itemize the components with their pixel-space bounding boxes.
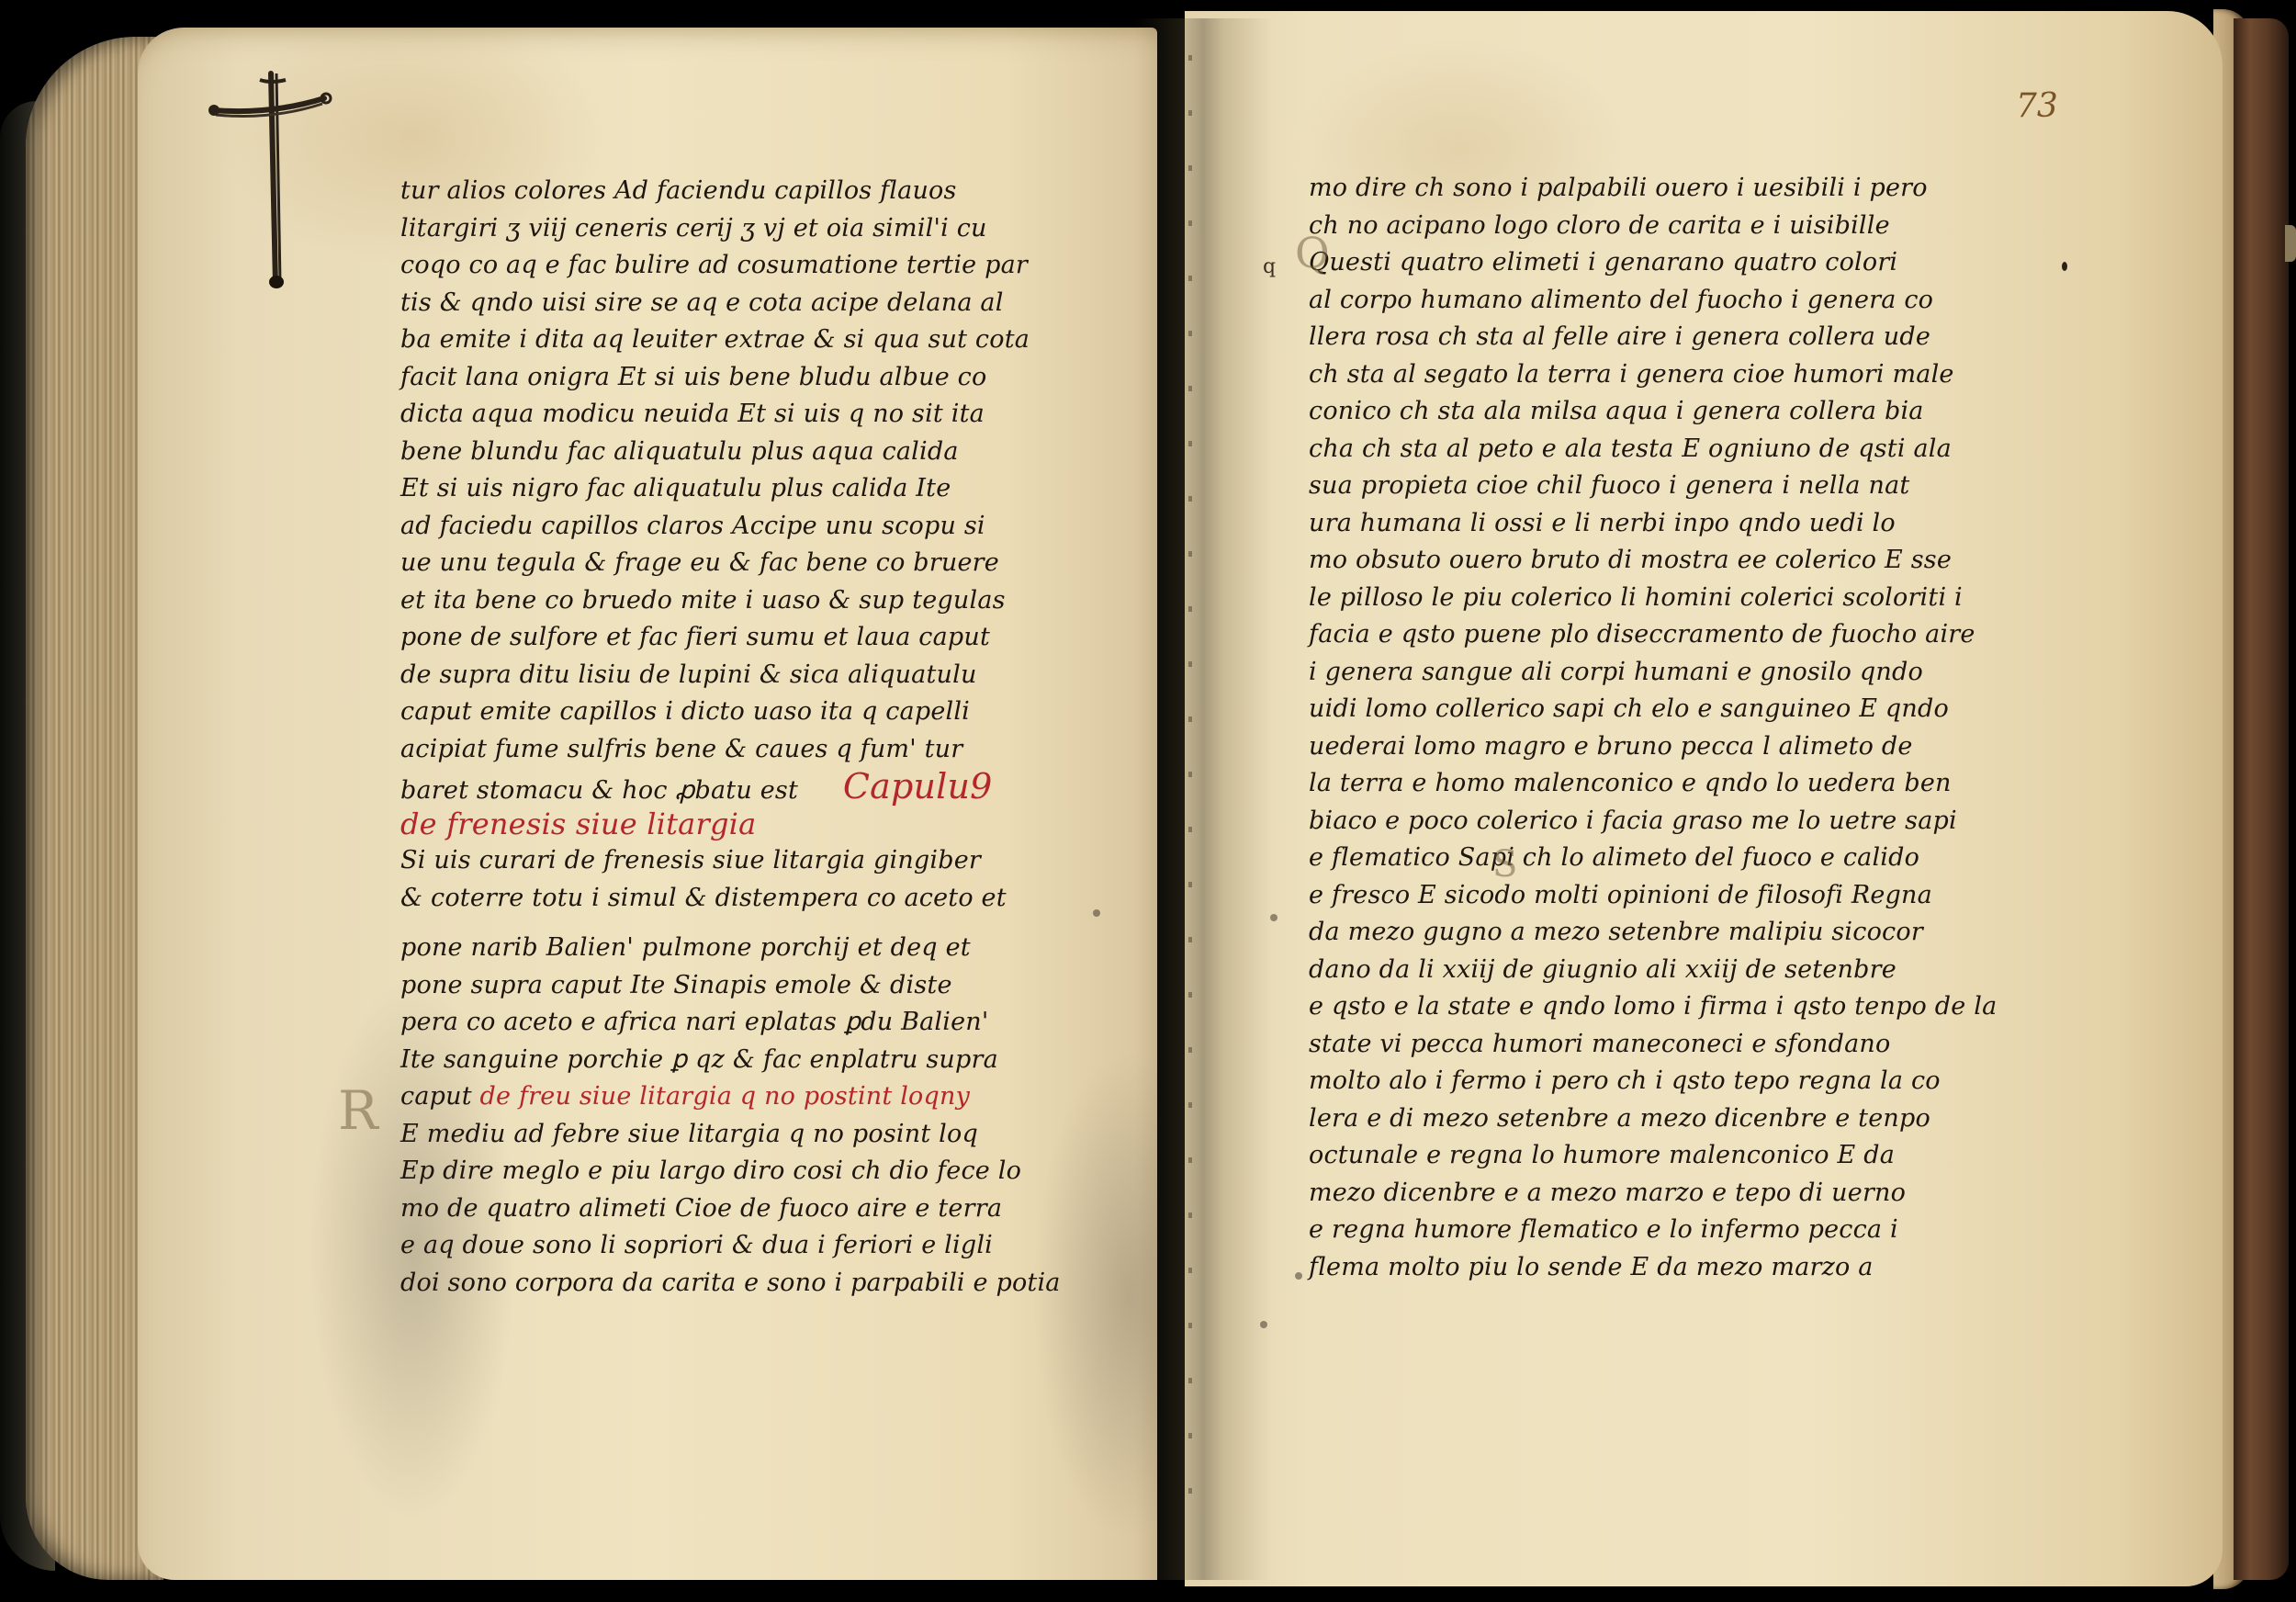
text-line: Ep dire meglo e piu largo diro cosi ch d… — [400, 1153, 1135, 1190]
text-line: octunale e regna lo humore malenconico E… — [1309, 1137, 2043, 1175]
text-line: state vi pecca humori maneconeci e sfond… — [1309, 1026, 2043, 1064]
text-span: caput — [400, 1082, 472, 1111]
text-line: Et si uis nigro fac aliquatulu plus cali… — [400, 470, 1135, 508]
ink-speck — [1260, 1321, 1267, 1328]
text-line: pone supra caput Ite Sinapis emole & dis… — [400, 967, 1135, 1005]
text-line: tur alios colores Ad faciendu capillos f… — [400, 173, 1135, 210]
rubric-chapter-subheading: de frenesis siue litargia — [400, 806, 1135, 843]
text-line: litargiri ʒ viij ceneris cerij ʒ vj et o… — [400, 210, 1135, 248]
text-line: acipiat fume sulfris bene & caues q fum'… — [400, 731, 1135, 769]
text-line: bene blundu fac aliquatulu plus aqua cal… — [400, 434, 1135, 471]
text-line: dicta aqua modicu neuida Et si uis q no … — [400, 396, 1135, 434]
faint-initial-letter: Q — [1295, 228, 1330, 277]
text-line: facia e qsto puene plo diseccramento de … — [1309, 616, 2043, 654]
text-line: ch no acipano logo cloro de carita e i u… — [1309, 208, 2043, 245]
text-line: E mediu ad febre siue litargia q no posi… — [400, 1116, 1135, 1154]
right-book-cover — [2234, 18, 2289, 1580]
text-line: facit lana onigra Et si uis bene bludu a… — [400, 359, 1135, 397]
text-line: flema molto piu lo sende E da mezo marzo… — [1309, 1249, 2043, 1287]
text-line: & coterre totu i simul & distempera co a… — [400, 880, 1135, 918]
text-line: lera e di mezo setenbre a mezo dicenbre … — [1309, 1100, 2043, 1138]
ink-speck — [1295, 1272, 1302, 1280]
text-line: dano da li xxiij de giugnio ali xxiij de… — [1309, 952, 2043, 989]
text-line: ad faciedu capillos claros Accipe unu sc… — [400, 508, 1135, 546]
text-line: da mezo gugno a mezo setenbre malipiu si… — [1309, 914, 2043, 952]
left-text-column: tur alios colores Ad faciendu capillos f… — [400, 173, 1135, 1302]
text-line: i genera sangue ali corpi humani e gnosi… — [1309, 654, 2043, 692]
text-line: pera co aceto e africa nari eplatas ꝑdu … — [400, 1004, 1135, 1042]
text-line: conico ch sta ala milsa aqua i genera co… — [1309, 393, 2043, 431]
text-line: al corpo humano alimento del fuocho i ge… — [1309, 282, 2043, 320]
right-text-column: mo dire ch sono i palpabili ouero i uesi… — [1309, 170, 2043, 1286]
text-line: ue unu tegula & frage eu & fac bene co b… — [400, 545, 1135, 582]
text-line: mo dire ch sono i palpabili ouero i uesi… — [1309, 170, 2043, 208]
text-line: mo obsuto ouero bruto di mostra ee coler… — [1309, 542, 2043, 580]
text-line: tis & qndo uisi sire se aq e cota acipe … — [400, 285, 1135, 322]
text-line: mezo dicenbre e a mezo marzo e tepo di u… — [1309, 1175, 2043, 1213]
text-line: biaco e poco colerico i facia graso me l… — [1309, 803, 2043, 840]
text-line: et ita bene co bruedo mite i uaso & sup … — [400, 582, 1135, 620]
faint-initial-letter: R — [338, 1079, 378, 1142]
text-line: Questi quatro elimeti i genarano quatro … — [1309, 244, 2043, 282]
rubric-span: de freu siue litargia q no postint loqny — [480, 1082, 970, 1111]
text-line: molto alo i fermo i pero ch i qsto tepo … — [1309, 1063, 2043, 1100]
text-line: ch sta al segato la terra i genera cioe … — [1309, 356, 2043, 394]
faint-initial-letter: S — [1492, 843, 1517, 886]
manuscript-spread: 73 tur alios colores Ad faciendu capillo… — [0, 0, 2296, 1602]
text-line: uederai lomo magro e bruno pecca l alime… — [1309, 728, 2043, 766]
text-line: uidi lomo collerico sapi ch elo e sangui… — [1309, 691, 2043, 728]
text-line: Ite sanguine porchie ꝑ qz & fac enplatru… — [400, 1042, 1135, 1079]
text-line-mixed-rubric: caput de freu siue litargia q no postint… — [400, 1078, 1135, 1116]
text-line: e flematico Sapi ch lo alimeto del fuoco… — [1309, 840, 2043, 877]
text-line: sua propieta cioe chil fuoco i genera i … — [1309, 468, 2043, 505]
cover-clasp-tab — [2285, 225, 2296, 262]
folio-number: 73 — [2016, 87, 2058, 125]
text-line: e qsto e la state e qndo lomo i firma i … — [1309, 988, 2043, 1026]
text-line: caput emite capillos i dicto uaso ita q … — [400, 694, 1135, 731]
text-line: de supra ditu lisiu de lupini & sica ali… — [400, 657, 1135, 694]
text-line: coqo co aq e fac bulire ad cosumatione t… — [400, 247, 1135, 285]
ink-speck — [1093, 909, 1100, 917]
text-line: mo de quatro alimeti Cioe de fuoco aire … — [400, 1190, 1135, 1228]
text-line: doi sono corpora da carita e sono i parp… — [400, 1265, 1135, 1303]
text-line-with-rubric: baret stomacu & hoc ꝓbatu est Capulu9 — [400, 768, 1135, 806]
text-line: pone de sulfore et fac fieri sumu et lau… — [400, 619, 1135, 657]
text-line: ba emite i dita aq leuiter extrae & si q… — [400, 322, 1135, 359]
text-line: ura humana li ossi e li nerbi inpo qndo … — [1309, 505, 2043, 543]
text-line: e regna humore flematico e lo infermo pe… — [1309, 1212, 2043, 1249]
text-line: cha ch sta al peto e ala testa E ogniuno… — [1309, 431, 2043, 468]
text-line: Si uis curari de frenesis siue litargia … — [400, 842, 1135, 880]
text-line: la terra e homo malenconico e qndo lo ue… — [1309, 765, 2043, 803]
text-line: e aq doue sono li sopriori & dua i ferio… — [400, 1227, 1135, 1265]
text-line: le pilloso le piu colerico li homini col… — [1309, 580, 2043, 617]
ink-speck — [1270, 914, 1277, 921]
text-line: e fresco E sicodo molti opinioni de filo… — [1309, 877, 2043, 915]
binding-stitches — [1188, 55, 1192, 1525]
marginal-mark: q — [1263, 255, 1276, 278]
cross-drawing-icon — [207, 69, 335, 289]
text-span: baret stomacu & hoc ꝓbatu est — [400, 776, 798, 805]
text-line: llera rosa ch sta al felle aire i genera… — [1309, 319, 2043, 356]
text-line: pone narib Balien' pulmone porchij et de… — [400, 930, 1135, 967]
rubric-chapter-heading: Capulu9 — [843, 766, 993, 807]
ink-speck — [2062, 262, 2067, 271]
